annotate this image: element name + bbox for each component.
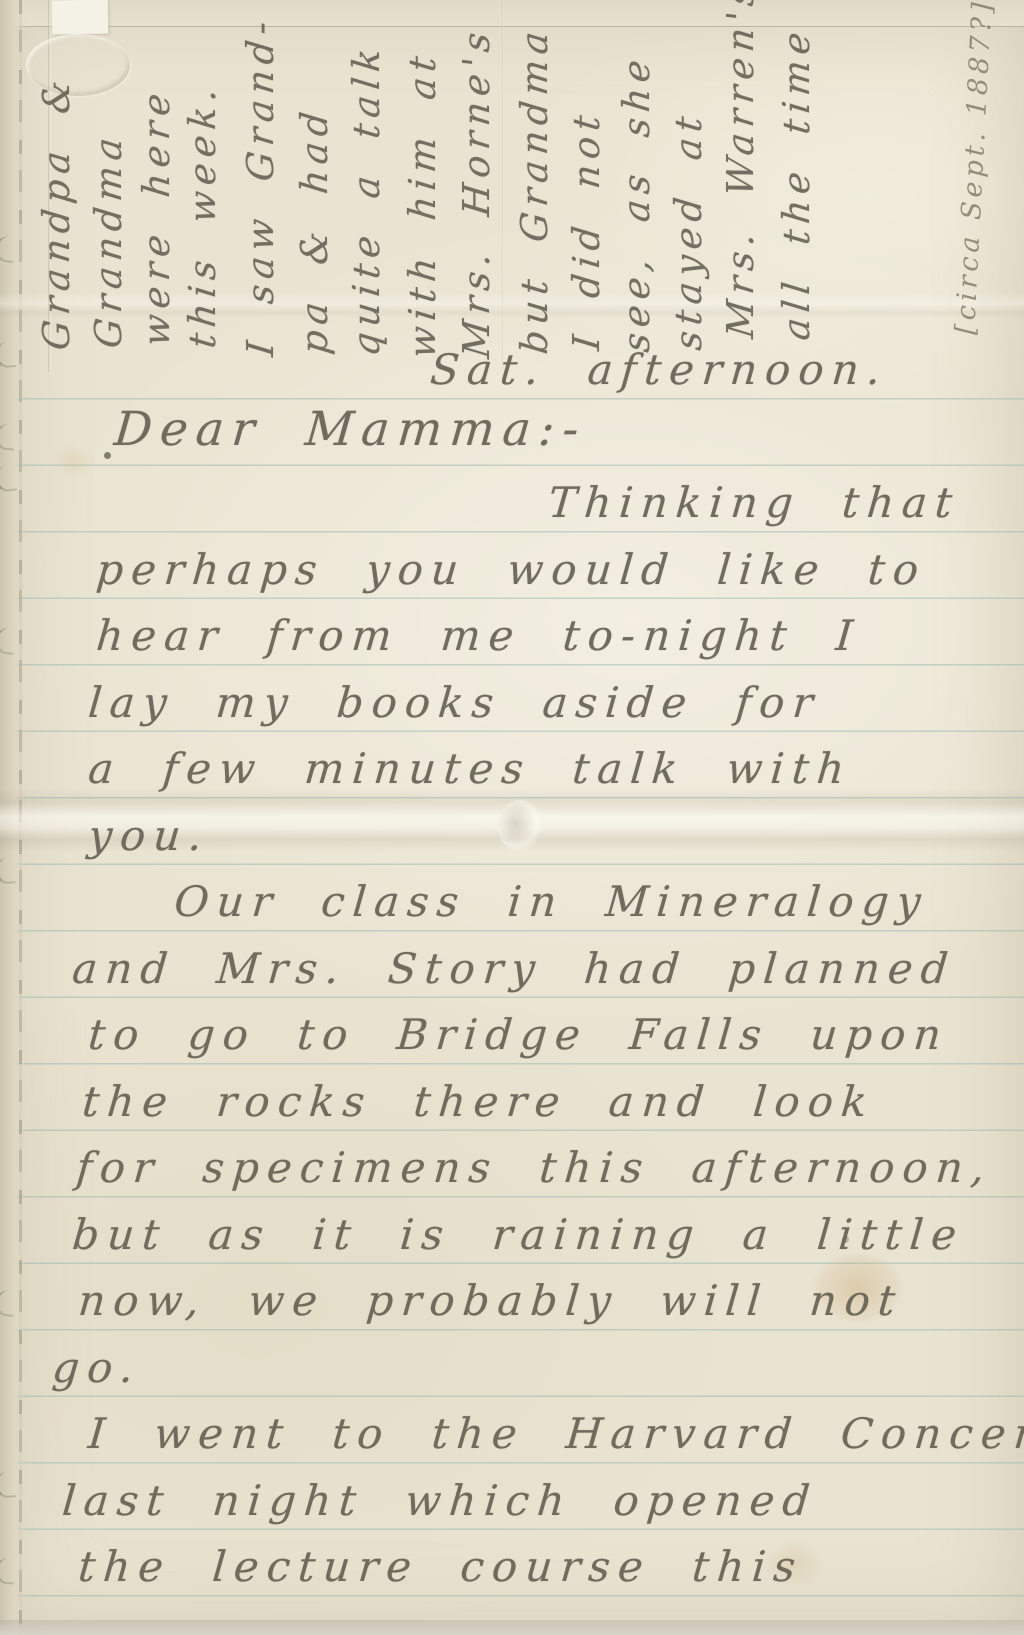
paper-corner-tear <box>52 0 109 34</box>
salutation: Dear Mamma:- <box>112 402 589 458</box>
dateline: Sat. afternoon. <box>428 342 891 398</box>
letter-line: hear from me to-night I <box>94 608 863 664</box>
letter-line: lay my books aside for <box>86 675 823 731</box>
crosswriting-column: quite a talk <box>348 41 385 358</box>
letter-line: the lecture course this <box>76 1539 806 1595</box>
crosswriting-column: pa & had <box>296 104 333 356</box>
fold-crease-pucker <box>498 800 542 852</box>
paper-bottom-edge <box>0 1620 1024 1635</box>
margin-mark <box>0 1471 16 1499</box>
letter-line: Our class in Mineralogy <box>172 874 931 930</box>
margin-mark <box>0 341 16 369</box>
crosswriting-column: were here <box>138 86 175 348</box>
stain <box>52 444 98 480</box>
margin-mark <box>0 857 16 884</box>
pencil-speck <box>104 452 111 459</box>
crosswriting-column: Mrs. Horne's <box>458 25 495 360</box>
margin-mark <box>0 423 16 450</box>
crosswriting-column: all the time <box>778 24 815 341</box>
paper-top-edge <box>0 0 1024 27</box>
letter-line: I went to the Harvard Concert <box>86 1406 1024 1462</box>
crosswriting-column: Grandma <box>90 130 127 350</box>
crosswriting-column: I saw Grand- <box>242 14 279 358</box>
crosswriting-column: Mrs. Warren's <box>722 0 759 340</box>
torn-edge <box>19 0 22 1635</box>
letter-line: you. <box>86 808 212 864</box>
crosswriting-column: see, as she <box>618 52 655 354</box>
letter-line: and Mrs. Story had planned <box>70 941 958 997</box>
archival-date-note: [circa Sept. 1887?] <box>952 0 997 335</box>
letter-line: for specimens this afternoon, <box>74 1140 995 1196</box>
crosswriting-column: I did not <box>568 108 605 352</box>
letter-line: but as it is raining a little <box>70 1207 967 1263</box>
crosswriting-column: Grandpa & <box>38 73 75 352</box>
crosswriting-column: but Grandma <box>516 24 553 356</box>
crosswriting-column: with him at <box>404 49 441 360</box>
letter-line: last night which opened <box>60 1473 820 1529</box>
crosswriting-column: stayed at <box>670 109 707 352</box>
letter-line: to go to Bridge Falls upon <box>86 1007 951 1063</box>
margin-mark <box>0 627 16 655</box>
letter-line: Thinking that <box>546 475 962 531</box>
letter-line: a few minutes talk with <box>86 741 854 797</box>
letter-line: go. <box>50 1340 144 1396</box>
crosswriting-column: this week. <box>184 81 221 350</box>
margin-mark <box>0 1557 16 1584</box>
fold-crease-vertical-faint <box>502 0 504 368</box>
letter-line: the rocks there and look <box>80 1074 877 1130</box>
letter-line: now, we probably will not <box>76 1273 905 1329</box>
letter-page: Grandpa & Grandma were here this week. I… <box>0 0 1024 1635</box>
letter-line: perhaps you would like to <box>94 542 929 598</box>
